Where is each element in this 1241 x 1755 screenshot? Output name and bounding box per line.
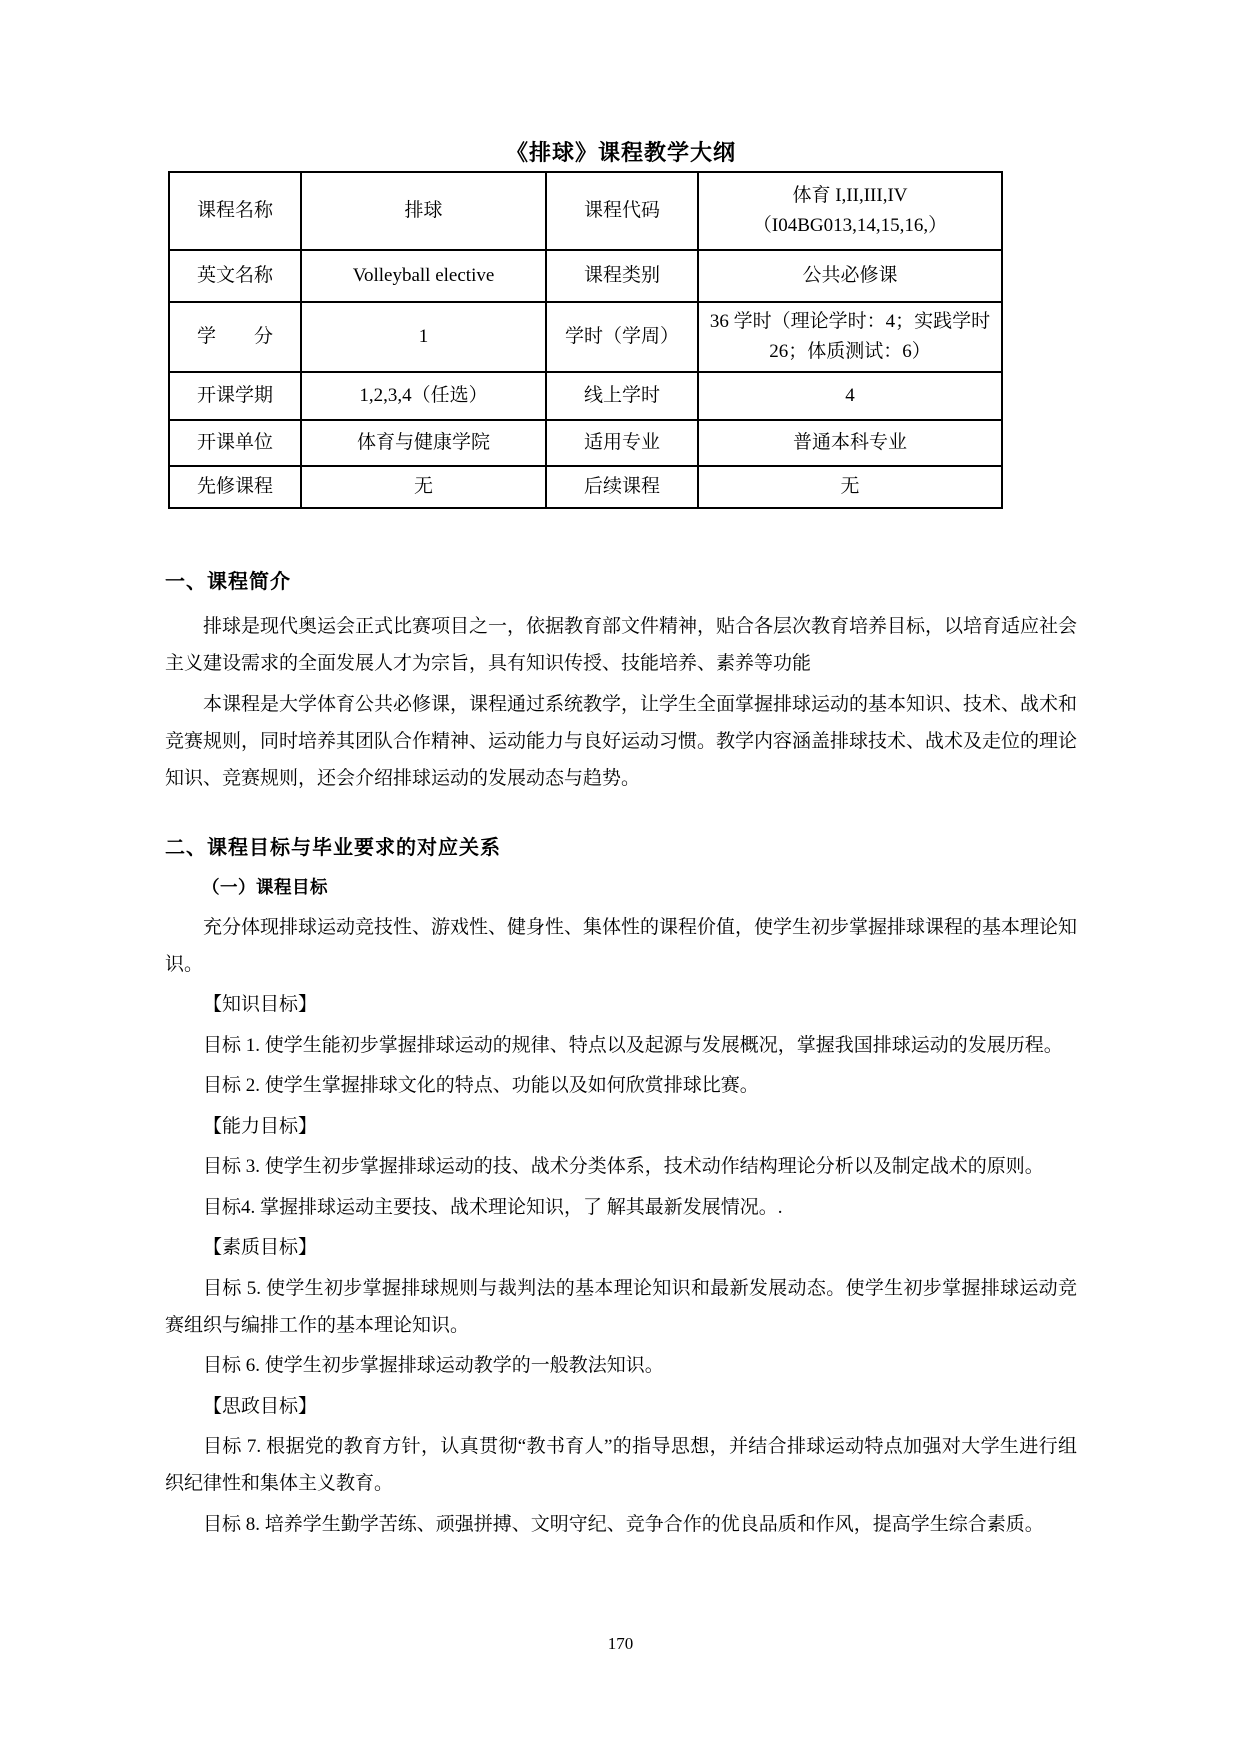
cell-hours-value: 36 学时（理论学时：4；实践学时 26；体质测试：6） [698, 302, 1002, 372]
cell-followup-value: 无 [698, 466, 1002, 508]
cell-course-code-label: 课程代码 [546, 172, 698, 250]
cell-majors-label: 适用专业 [546, 420, 698, 466]
goal-5: 目标 5. 使学生初步掌握排球规则与裁判法的基本理论知识和最新发展动态。使学生初… [165, 1270, 1077, 1344]
course-info-table: 课程名称 排球 课程代码 体育 I,II,III,IV （I04BG013,14… [168, 171, 1003, 509]
cell-prerequisite-value: 无 [301, 466, 546, 508]
intro-paragraph-1: 排球是现代奥运会正式比赛项目之一，依据教育部文件精神，贴合各层次教育培养目标，以… [165, 608, 1077, 682]
page-title: 《排球》课程教学大纲 [165, 136, 1077, 167]
cell-english-name-value: Volleyball elective [301, 250, 546, 302]
cell-hours-label: 学时（学周） [546, 302, 698, 372]
table-row: 先修课程 无 后续课程 无 [169, 466, 1002, 508]
cell-online-hours-value: 4 [698, 372, 1002, 420]
table-row: 开课学期 1,2,3,4（任选） 线上学时 4 [169, 372, 1002, 420]
goal-1: 目标 1. 使学生能初步掌握排球运动的规律、特点以及起源与发展概况，掌握我国排球… [165, 1027, 1077, 1064]
table-row: 英文名称 Volleyball elective 课程类别 公共必修课 [169, 250, 1002, 302]
ability-goals-label: 【能力目标】 [165, 1108, 1077, 1145]
section-heading-objectives: 二、课程目标与毕业要求的对应关系 [165, 831, 1077, 860]
cell-prerequisite-label: 先修课程 [169, 466, 301, 508]
knowledge-goals-label: 【知识目标】 [165, 986, 1077, 1023]
subsection-heading-course-goals: （一）课程目标 [165, 874, 1077, 899]
cell-department-label: 开课单位 [169, 420, 301, 466]
cell-course-name-value: 排球 [301, 172, 546, 250]
cell-department-value: 体育与健康学院 [301, 420, 546, 466]
cell-course-type-label: 课程类别 [546, 250, 698, 302]
ideology-goals-label: 【思政目标】 [165, 1388, 1077, 1425]
cell-course-code-value: 体育 I,II,III,IV （I04BG013,14,15,16,） [698, 172, 1002, 250]
table-row: 开课单位 体育与健康学院 适用专业 普通本科专业 [169, 420, 1002, 466]
goal-2: 目标 2. 使学生掌握排球文化的特点、功能以及如何欣赏排球比赛。 [165, 1067, 1077, 1104]
cell-online-hours-label: 线上学时 [546, 372, 698, 420]
document-content: 《排球》课程教学大纲 课程名称 排球 课程代码 体育 I,II,III,IV （… [0, 0, 1241, 1543]
section-heading-intro: 一、课程简介 [165, 565, 1077, 594]
goal-7: 目标 7. 根据党的教育方针，认真贯彻“教书育人”的指导思想，并结合排球运动特点… [165, 1428, 1077, 1502]
document-page: 《排球》课程教学大纲 课程名称 排球 课程代码 体育 I,II,III,IV （… [0, 0, 1241, 1755]
page-number: 170 [0, 1634, 1241, 1654]
cell-credits-value: 1 [301, 302, 546, 372]
table-row: 课程名称 排球 课程代码 体育 I,II,III,IV （I04BG013,14… [169, 172, 1002, 250]
cell-english-name-label: 英文名称 [169, 250, 301, 302]
goal-8: 目标 8. 培养学生勤学苦练、顽强拼搏、文明守纪、竞争合作的优良品质和作风，提高… [165, 1506, 1077, 1543]
intro-paragraph-2: 本课程是大学体育公共必修课，课程通过系统教学，让学生全面掌握排球运动的基本知识、… [165, 686, 1077, 797]
quality-goals-label: 【素质目标】 [165, 1229, 1077, 1266]
cell-course-name-label: 课程名称 [169, 172, 301, 250]
goal-6: 目标 6. 使学生初步掌握排球运动教学的一般教法知识。 [165, 1347, 1077, 1384]
cell-followup-label: 后续课程 [546, 466, 698, 508]
cell-semester-label: 开课学期 [169, 372, 301, 420]
goal-3: 目标 3. 使学生初步掌握排球运动的技、战术分类体系，技术动作结构理论分析以及制… [165, 1148, 1077, 1185]
cell-majors-value: 普通本科专业 [698, 420, 1002, 466]
cell-course-type-value: 公共必修课 [698, 250, 1002, 302]
objectives-intro-paragraph: 充分体现排球运动竞技性、游戏性、健身性、集体性的课程价值，使学生初步掌握排球课程… [165, 909, 1077, 983]
goal-4: 目标4. 掌握排球运动主要技、战术理论知识，了 解其最新发展情况。. [165, 1189, 1077, 1226]
table-row: 学 分 1 学时（学周） 36 学时（理论学时：4；实践学时 26；体质测试：6… [169, 302, 1002, 372]
cell-semester-value: 1,2,3,4（任选） [301, 372, 546, 420]
cell-credits-label: 学 分 [169, 302, 301, 372]
